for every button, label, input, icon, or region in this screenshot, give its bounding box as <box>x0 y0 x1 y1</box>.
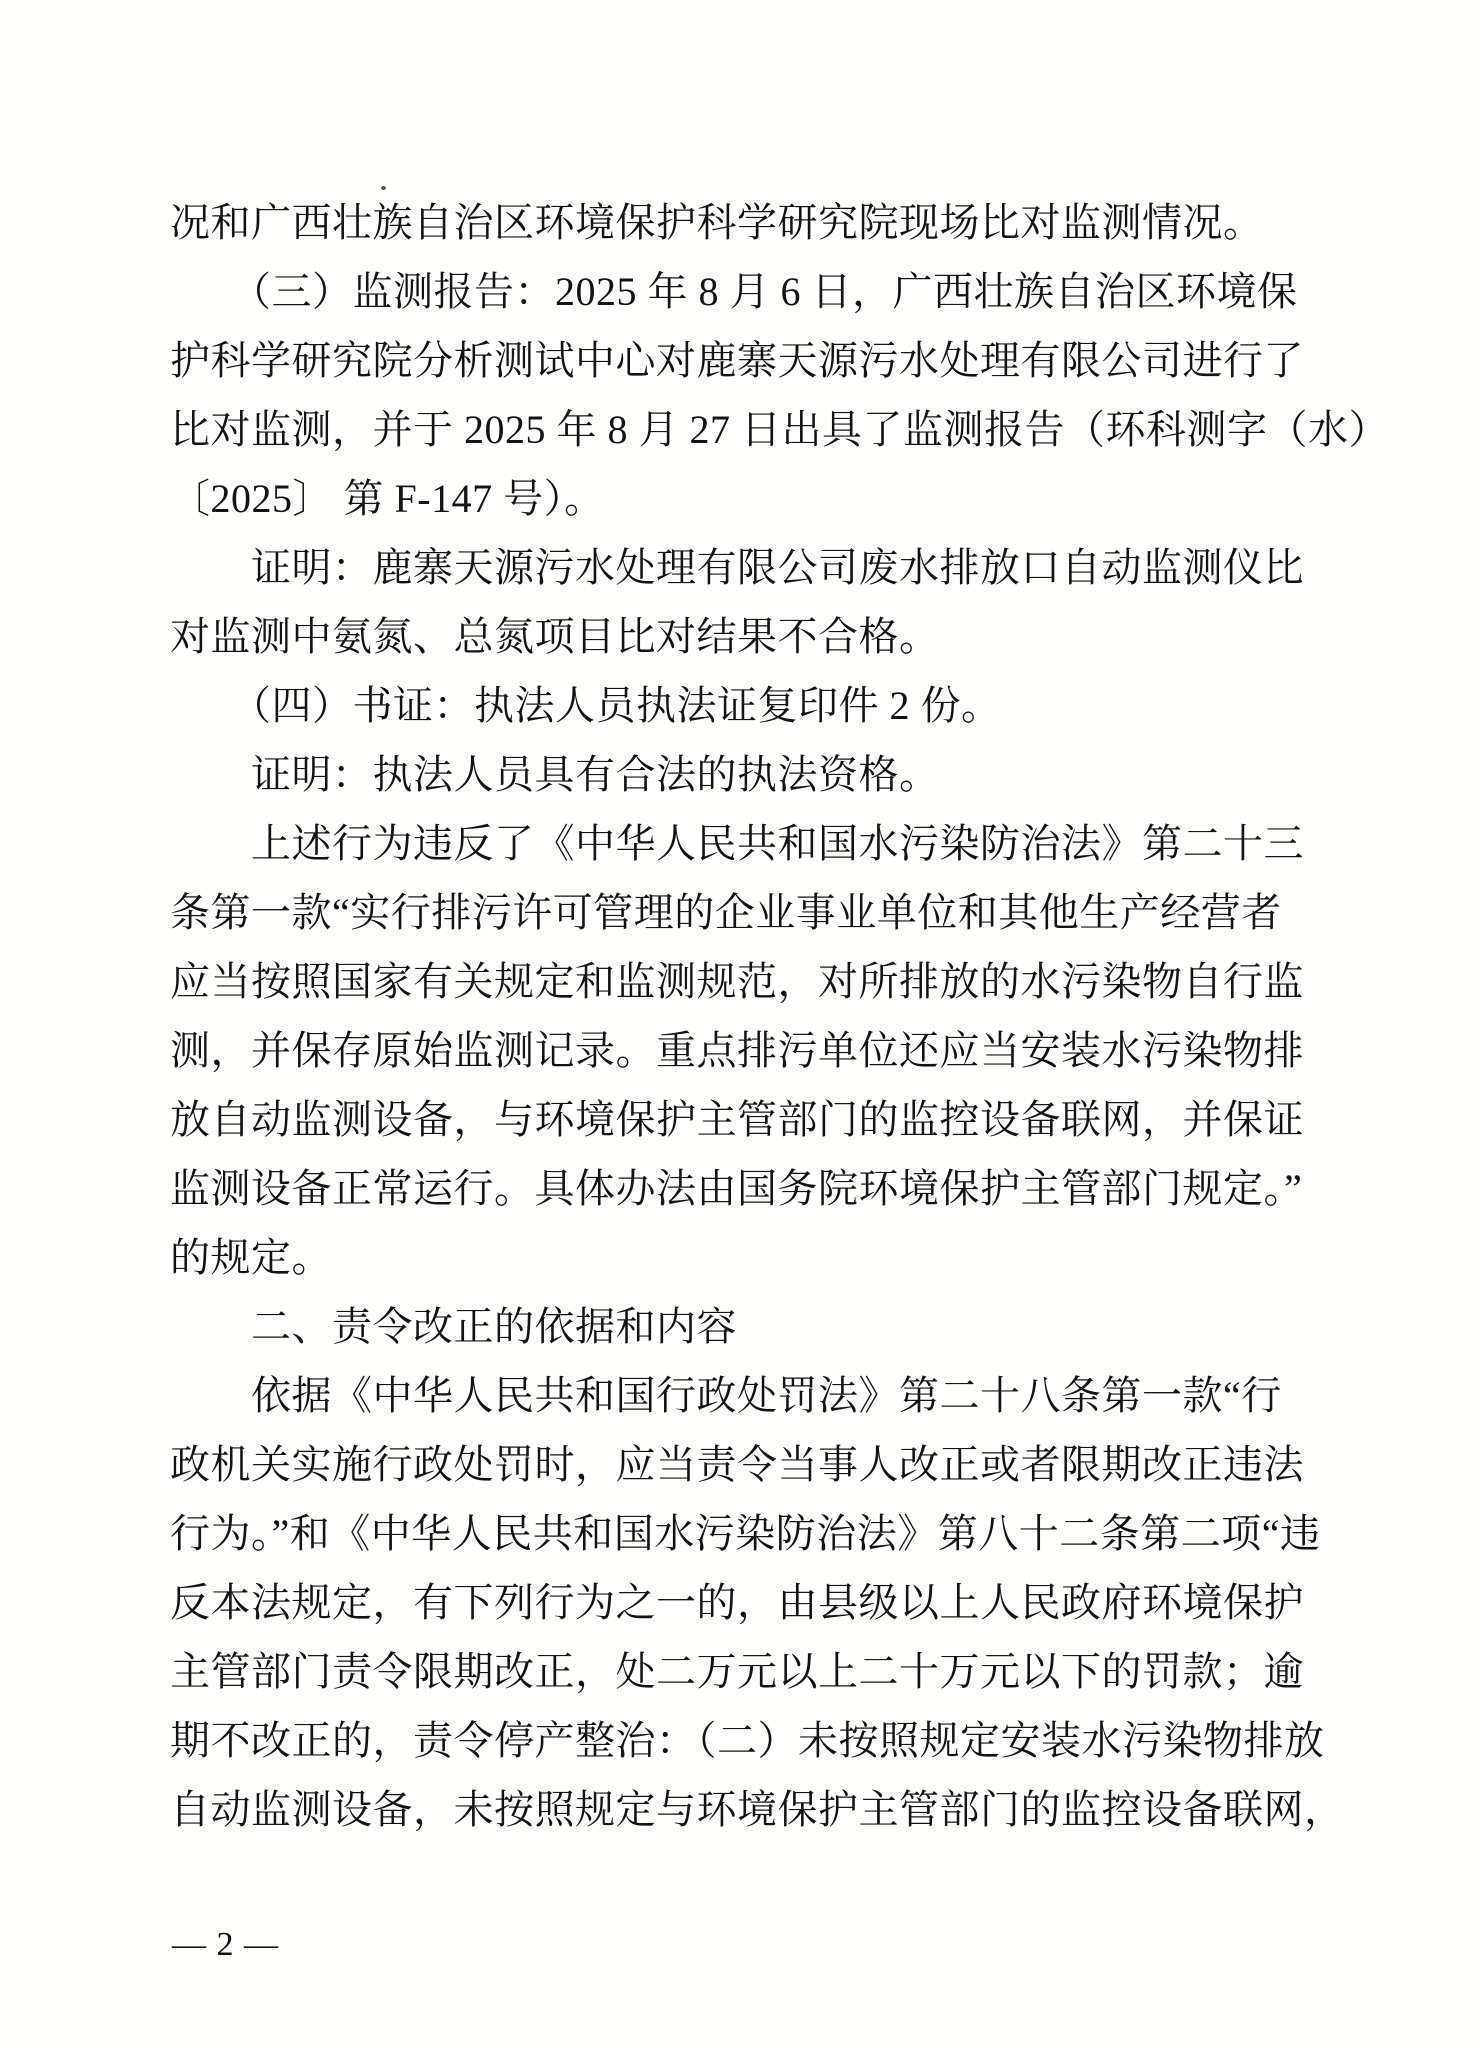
page-number: — 2 — <box>172 1924 279 1966</box>
doc-line: 应当按照国家有关规定和监测规范，对所排放的水污染物自行监 <box>170 947 1310 1016</box>
doc-line: （四）书证：执法人员执法证复印件 2 份。 <box>170 671 1310 740</box>
doc-line: 况和广西壮族自治区环境保护科学研究院现场比对监测情况。 <box>170 188 1310 257</box>
doc-line: 比对监测，并于 2025 年 8 月 27 日出具了监测报告（环科测字（水） <box>170 395 1310 464</box>
doc-line: （三）监测报告：2025 年 8 月 6 日，广西壮族自治区环境保 <box>170 257 1310 326</box>
doc-line: 主管部门责令限期改正，处二万元以上二十万元以下的罚款；逾 <box>170 1637 1310 1706</box>
doc-line: 放自动监测设备，与环境保护主管部门的监控设备联网，并保证 <box>170 1085 1310 1154</box>
doc-line: 的规定。 <box>170 1223 1310 1292</box>
doc-line: 证明：鹿寨天源污水处理有限公司废水排放口自动监测仪比 <box>170 533 1310 602</box>
doc-line: 对监测中氨氮、总氮项目比对结果不合格。 <box>170 602 1310 671</box>
doc-line: 〔2025〕 第 F-147 号）。 <box>170 464 1310 533</box>
doc-line: 测，并保存原始监测记录。重点排污单位还应当安装水污染物排 <box>170 1016 1310 1085</box>
doc-line: 上述行为违反了《中华人民共和国水污染防治法》第二十三 <box>170 809 1310 878</box>
doc-line: 监测设备正常运行。具体办法由国务院环境保护主管部门规定。” <box>170 1154 1310 1223</box>
document-body: 况和广西壮族自治区环境保护科学研究院现场比对监测情况。 （三）监测报告：2025… <box>170 188 1310 1844</box>
doc-line: 反本法规定，有下列行为之一的，由县级以上人民政府环境保护 <box>170 1568 1310 1637</box>
doc-line-section-heading: 二、责令改正的依据和内容 <box>170 1292 1310 1361</box>
doc-line: 自动监测设备，未按照规定与环境保护主管部门的监控设备联网， <box>170 1775 1310 1844</box>
doc-line: 证明：执法人员具有合法的执法资格。 <box>170 740 1310 809</box>
document-page: 况和广西壮族自治区环境保护科学研究院现场比对监测情况。 （三）监测报告：2025… <box>0 0 1480 2047</box>
doc-line: 期不改正的，责令停产整治：（二）未按照规定安装水污染物排放 <box>170 1706 1310 1775</box>
doc-line: 政机关实施行政处罚时，应当责令当事人改正或者限期改正违法 <box>170 1430 1310 1499</box>
doc-line: 行为。”和《中华人民共和国水污染防治法》第八十二条第二项“违 <box>170 1499 1310 1568</box>
doc-line: 条第一款“实行排污许可管理的企业事业单位和其他生产经营者 <box>170 878 1310 947</box>
doc-line: 护科学研究院分析测试中心对鹿寨天源污水处理有限公司进行了 <box>170 326 1310 395</box>
doc-line: 依据《中华人民共和国行政处罚法》第二十八条第一款“行 <box>170 1361 1310 1430</box>
